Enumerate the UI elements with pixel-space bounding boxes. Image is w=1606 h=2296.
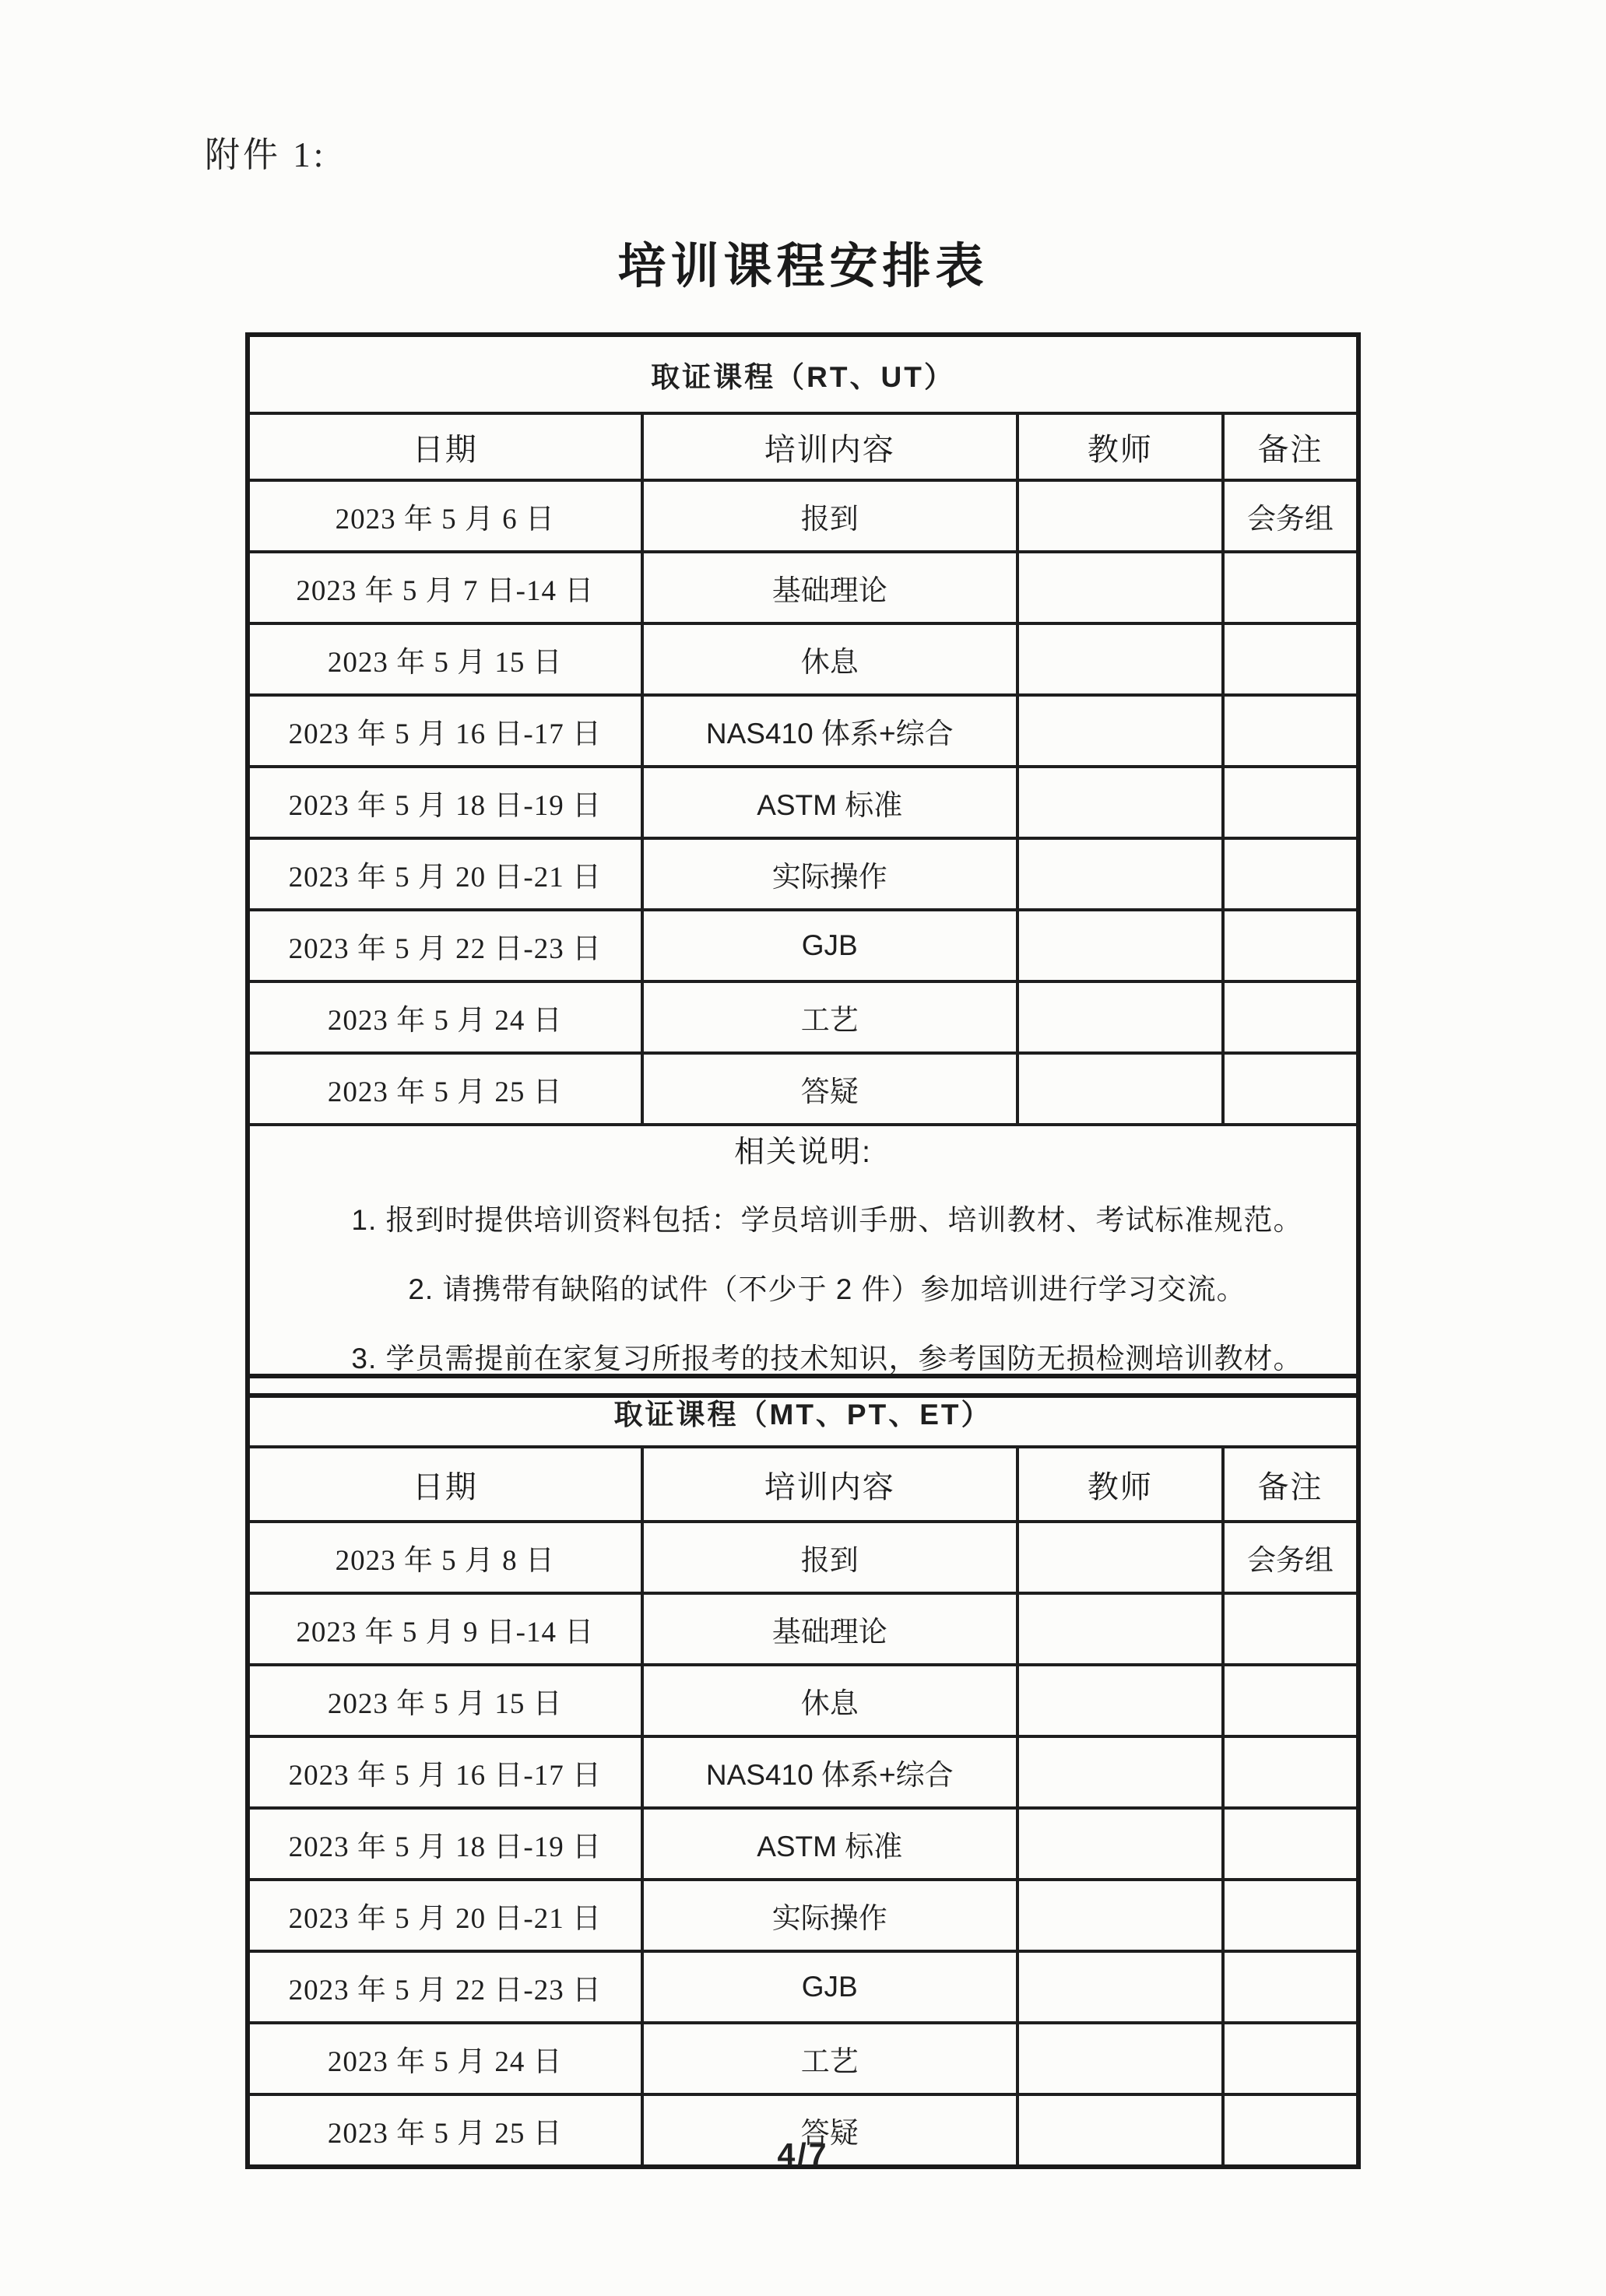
cell-date: 2023 年 5 月 15 日	[248, 623, 642, 695]
cell-teacher	[1017, 767, 1223, 838]
header-note: 备注	[1223, 1447, 1358, 1522]
table-header-row: 日期 培训内容 教师 备注	[248, 1447, 1358, 1522]
cell-teacher	[1017, 695, 1223, 767]
header-content: 培训内容	[642, 1447, 1017, 1522]
table-row: 2023 年 5 月 24 日 工艺	[248, 981, 1358, 1053]
cell-teacher	[1017, 1736, 1223, 1808]
cell-content: NAS410 体系+综合	[642, 1736, 1017, 1808]
attachment-label: 附件 1:	[205, 126, 326, 177]
cell-note	[1223, 1053, 1358, 1125]
cell-note: 会务组	[1223, 1522, 1358, 1593]
cell-date: 2023 年 5 月 9 日-14 日	[248, 1593, 642, 1665]
cell-note	[1223, 910, 1358, 981]
notes-title: 相关说明:	[255, 1128, 1351, 1171]
page-number: 4/7	[0, 2136, 1606, 2173]
table-row: 2023 年 5 月 7 日-14 日 基础理论	[248, 552, 1358, 623]
cell-content: NAS410 体系+综合	[642, 695, 1017, 767]
cell-note	[1223, 767, 1358, 838]
cell-content: ASTM 标准	[642, 1808, 1017, 1880]
cell-date: 2023 年 5 月 7 日-14 日	[248, 552, 642, 623]
cell-note	[1223, 1736, 1358, 1808]
cell-note: 会务组	[1223, 480, 1358, 552]
table-title-mt-pt-et: 取证课程（MT、PT、ET）	[248, 1376, 1358, 1447]
cell-date: 2023 年 5 月 16 日-17 日	[248, 695, 642, 767]
note-item-1: 1. 报到时提供培训资料包括：学员培训手册、培训教材、考试标准规范。	[303, 1185, 1351, 1255]
cell-date: 2023 年 5 月 18 日-19 日	[248, 767, 642, 838]
cell-note	[1223, 1808, 1358, 1880]
cell-date: 2023 年 5 月 24 日	[248, 2023, 642, 2094]
cell-date: 2023 年 5 月 20 日-21 日	[248, 838, 642, 910]
table-row: 2023 年 5 月 16 日-17 日 NAS410 体系+综合	[248, 695, 1358, 767]
cell-date: 2023 年 5 月 16 日-17 日	[248, 1736, 642, 1808]
table-row: 2023 年 5 月 18 日-19 日 ASTM 标准	[248, 1808, 1358, 1880]
cell-teacher	[1017, 1880, 1223, 1951]
cell-note	[1223, 552, 1358, 623]
cell-teacher	[1017, 838, 1223, 910]
cell-note	[1223, 623, 1358, 695]
table-row: 2023 年 5 月 16 日-17 日 NAS410 体系+综合	[248, 1736, 1358, 1808]
cell-teacher	[1017, 910, 1223, 981]
table-row: 2023 年 5 月 15 日 休息	[248, 1665, 1358, 1736]
cell-teacher	[1017, 1665, 1223, 1736]
header-teacher: 教师	[1017, 413, 1223, 480]
table-row: 2023 年 5 月 6 日 报到 会务组	[248, 480, 1358, 552]
table-header-row: 日期 培训内容 教师 备注	[248, 413, 1358, 480]
cell-teacher	[1017, 981, 1223, 1053]
cell-date: 2023 年 5 月 18 日-19 日	[248, 1808, 642, 1880]
cell-note	[1223, 1593, 1358, 1665]
cell-date: 2023 年 5 月 22 日-23 日	[248, 910, 642, 981]
cell-teacher	[1017, 1951, 1223, 2023]
cell-content: 基础理论	[642, 552, 1017, 623]
cell-content: 工艺	[642, 2023, 1017, 2094]
table-row: 2023 年 5 月 20 日-21 日 实际操作	[248, 1880, 1358, 1951]
header-teacher: 教师	[1017, 1447, 1223, 1522]
cell-content: 基础理论	[642, 1593, 1017, 1665]
header-content: 培训内容	[642, 413, 1017, 480]
document-page: 附件 1: 培训课程安排表 取证课程（RT、UT） 日期 培训内容 教师 备注 …	[0, 0, 1606, 2296]
cell-note	[1223, 1880, 1358, 1951]
table-row: 2023 年 5 月 8 日 报到 会务组	[248, 1522, 1358, 1593]
table-row: 2023 年 5 月 9 日-14 日 基础理论	[248, 1593, 1358, 1665]
cell-content: 报到	[642, 480, 1017, 552]
table-row: 2023 年 5 月 24 日 工艺	[248, 2023, 1358, 2094]
cell-content: 休息	[642, 1665, 1017, 1736]
cell-content: 实际操作	[642, 1880, 1017, 1951]
cell-date: 2023 年 5 月 6 日	[248, 480, 642, 552]
cell-teacher	[1017, 1053, 1223, 1125]
cell-teacher	[1017, 623, 1223, 695]
cell-teacher	[1017, 1522, 1223, 1593]
cell-date: 2023 年 5 月 20 日-21 日	[248, 1880, 642, 1951]
certification-table-rt-ut: 取证课程（RT、UT） 日期 培训内容 教师 备注 2023 年 5 月 6 日…	[245, 332, 1361, 1398]
page-title: 培训课程安排表	[0, 227, 1606, 297]
cell-content: 工艺	[642, 981, 1017, 1053]
cell-teacher	[1017, 1808, 1223, 1880]
note-item-2: 2. 请携带有缺陷的试件（不少于 2 件）参加培训进行学习交流。	[303, 1255, 1351, 1324]
cell-date: 2023 年 5 月 24 日	[248, 981, 642, 1053]
cell-teacher	[1017, 480, 1223, 552]
cell-date: 2023 年 5 月 8 日	[248, 1522, 642, 1593]
table-title-row: 取证课程（RT、UT）	[248, 335, 1358, 413]
cell-teacher	[1017, 2023, 1223, 2094]
table-row: 2023 年 5 月 22 日-23 日 GJB	[248, 910, 1358, 981]
table-title-row: 取证课程（MT、PT、ET）	[248, 1376, 1358, 1447]
notes-section: 相关说明: 1. 报到时提供培训资料包括：学员培训手册、培训教材、考试标准规范。…	[248, 1125, 1358, 1396]
cell-date: 2023 年 5 月 15 日	[248, 1665, 642, 1736]
cell-note	[1223, 695, 1358, 767]
table-row: 2023 年 5 月 20 日-21 日 实际操作	[248, 838, 1358, 910]
table-row: 2023 年 5 月 18 日-19 日 ASTM 标准	[248, 767, 1358, 838]
cell-note	[1223, 838, 1358, 910]
cell-content: ASTM 标准	[642, 767, 1017, 838]
table-row: 2023 年 5 月 25 日 答疑	[248, 1053, 1358, 1125]
cell-teacher	[1017, 1593, 1223, 1665]
cell-teacher	[1017, 552, 1223, 623]
cell-content: 答疑	[642, 1053, 1017, 1125]
header-note: 备注	[1223, 413, 1358, 480]
cell-content: 实际操作	[642, 838, 1017, 910]
cell-content: GJB	[642, 910, 1017, 981]
cell-date: 2023 年 5 月 22 日-23 日	[248, 1951, 642, 2023]
cell-note	[1223, 2023, 1358, 2094]
header-date: 日期	[248, 1447, 642, 1522]
cell-content: 休息	[642, 623, 1017, 695]
notes-row: 相关说明: 1. 报到时提供培训资料包括：学员培训手册、培训教材、考试标准规范。…	[248, 1125, 1358, 1396]
certification-table-mt-pt-et: 取证课程（MT、PT、ET） 日期 培训内容 教师 备注 2023 年 5 月 …	[245, 1374, 1361, 2169]
cell-date: 2023 年 5 月 25 日	[248, 1053, 642, 1125]
table-row: 2023 年 5 月 22 日-23 日 GJB	[248, 1951, 1358, 2023]
cell-content: 报到	[642, 1522, 1017, 1593]
table-title-rt-ut: 取证课程（RT、UT）	[248, 335, 1358, 413]
header-date: 日期	[248, 413, 642, 480]
cell-note	[1223, 1665, 1358, 1736]
cell-note	[1223, 981, 1358, 1053]
cell-content: GJB	[642, 1951, 1017, 2023]
cell-note	[1223, 1951, 1358, 2023]
table-row: 2023 年 5 月 15 日 休息	[248, 623, 1358, 695]
